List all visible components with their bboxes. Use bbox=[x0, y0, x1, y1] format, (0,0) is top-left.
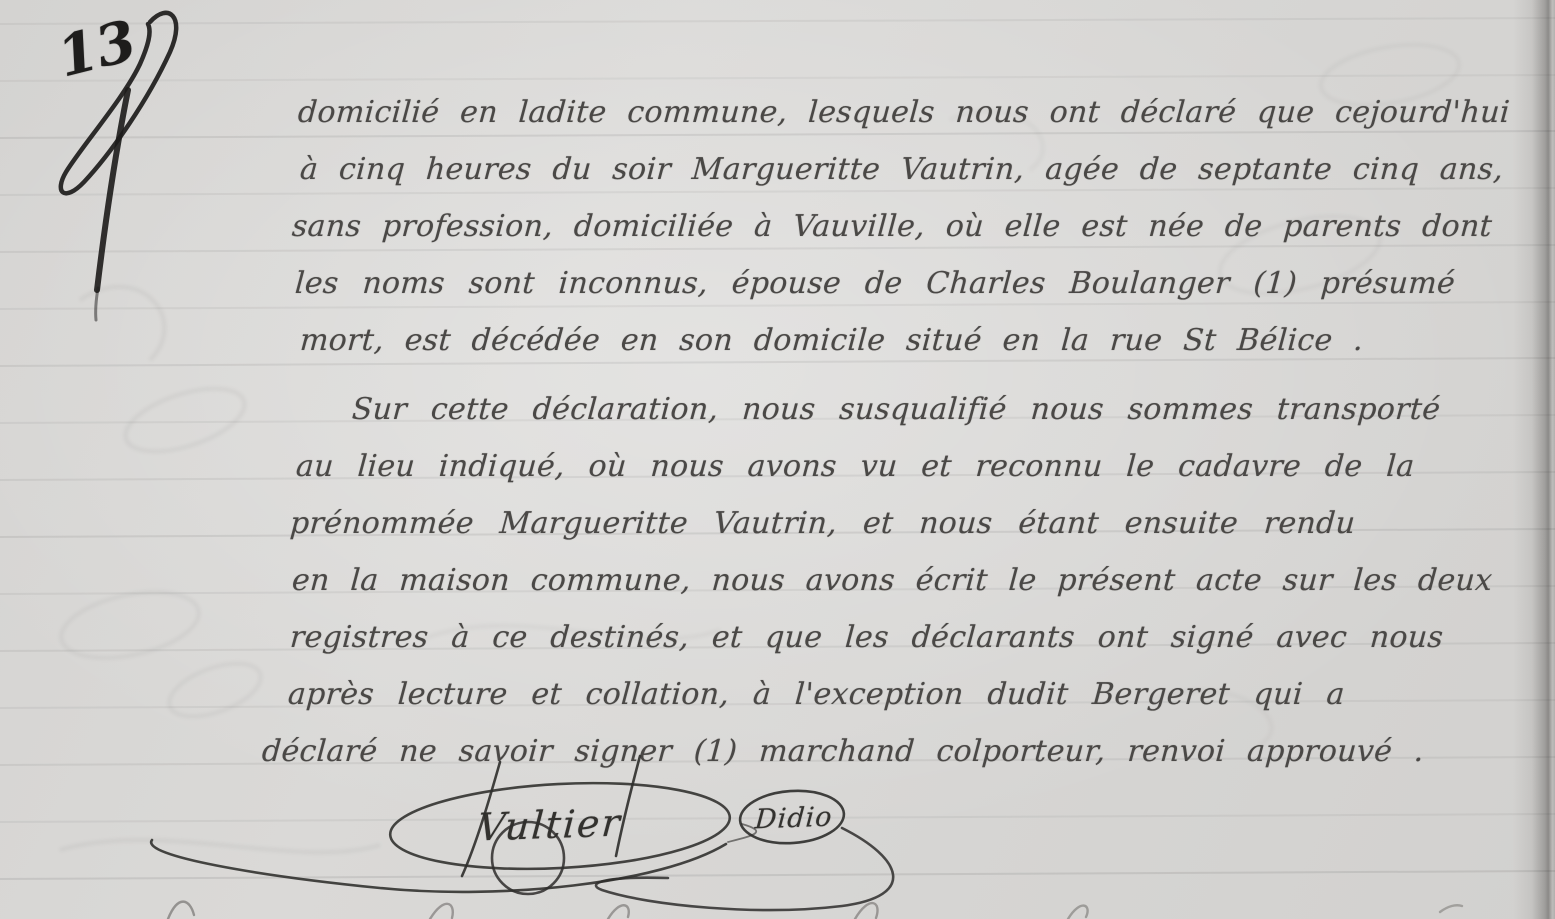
handwritten-line: mort, est décédée en son domicile situé … bbox=[299, 323, 1365, 358]
handwritten-line: les noms sont inconnus, épouse de Charle… bbox=[294, 266, 1457, 301]
handwritten-line: à cinq heures du soir Margueritte Vautri… bbox=[299, 152, 1505, 187]
handwritten-line: domicilié en ladite commune, lesquels no… bbox=[297, 95, 1511, 130]
signature-vultier: Vultier bbox=[477, 800, 624, 849]
scanned-register-page: 13 domicilié en ladite commune, lesquels… bbox=[0, 0, 1555, 919]
handwritten-line: déclaré ne savoir signer (1) marchand co… bbox=[261, 734, 1425, 769]
handwritten-line: registres à ce destinés, et que les décl… bbox=[289, 620, 1445, 655]
signature-didio: Didio bbox=[754, 802, 834, 836]
handwritten-line: sans profession, domiciliée à Vauville, … bbox=[291, 209, 1494, 244]
handwritten-line: Sur cette déclaration, nous susqualifié … bbox=[351, 392, 1442, 427]
handwritten-line: en la maison commune, nous avons écrit l… bbox=[291, 563, 1494, 598]
act-number: 13 bbox=[51, 8, 143, 91]
handwritten-line: prénommée Margueritte Vautrin, et nous é… bbox=[289, 506, 1357, 541]
handwritten-line: après lecture et collation, à l'exceptio… bbox=[287, 677, 1346, 712]
handwritten-line: au lieu indiqué, où nous avons vu et rec… bbox=[295, 449, 1416, 484]
page-edge-shadow bbox=[1513, 0, 1555, 919]
